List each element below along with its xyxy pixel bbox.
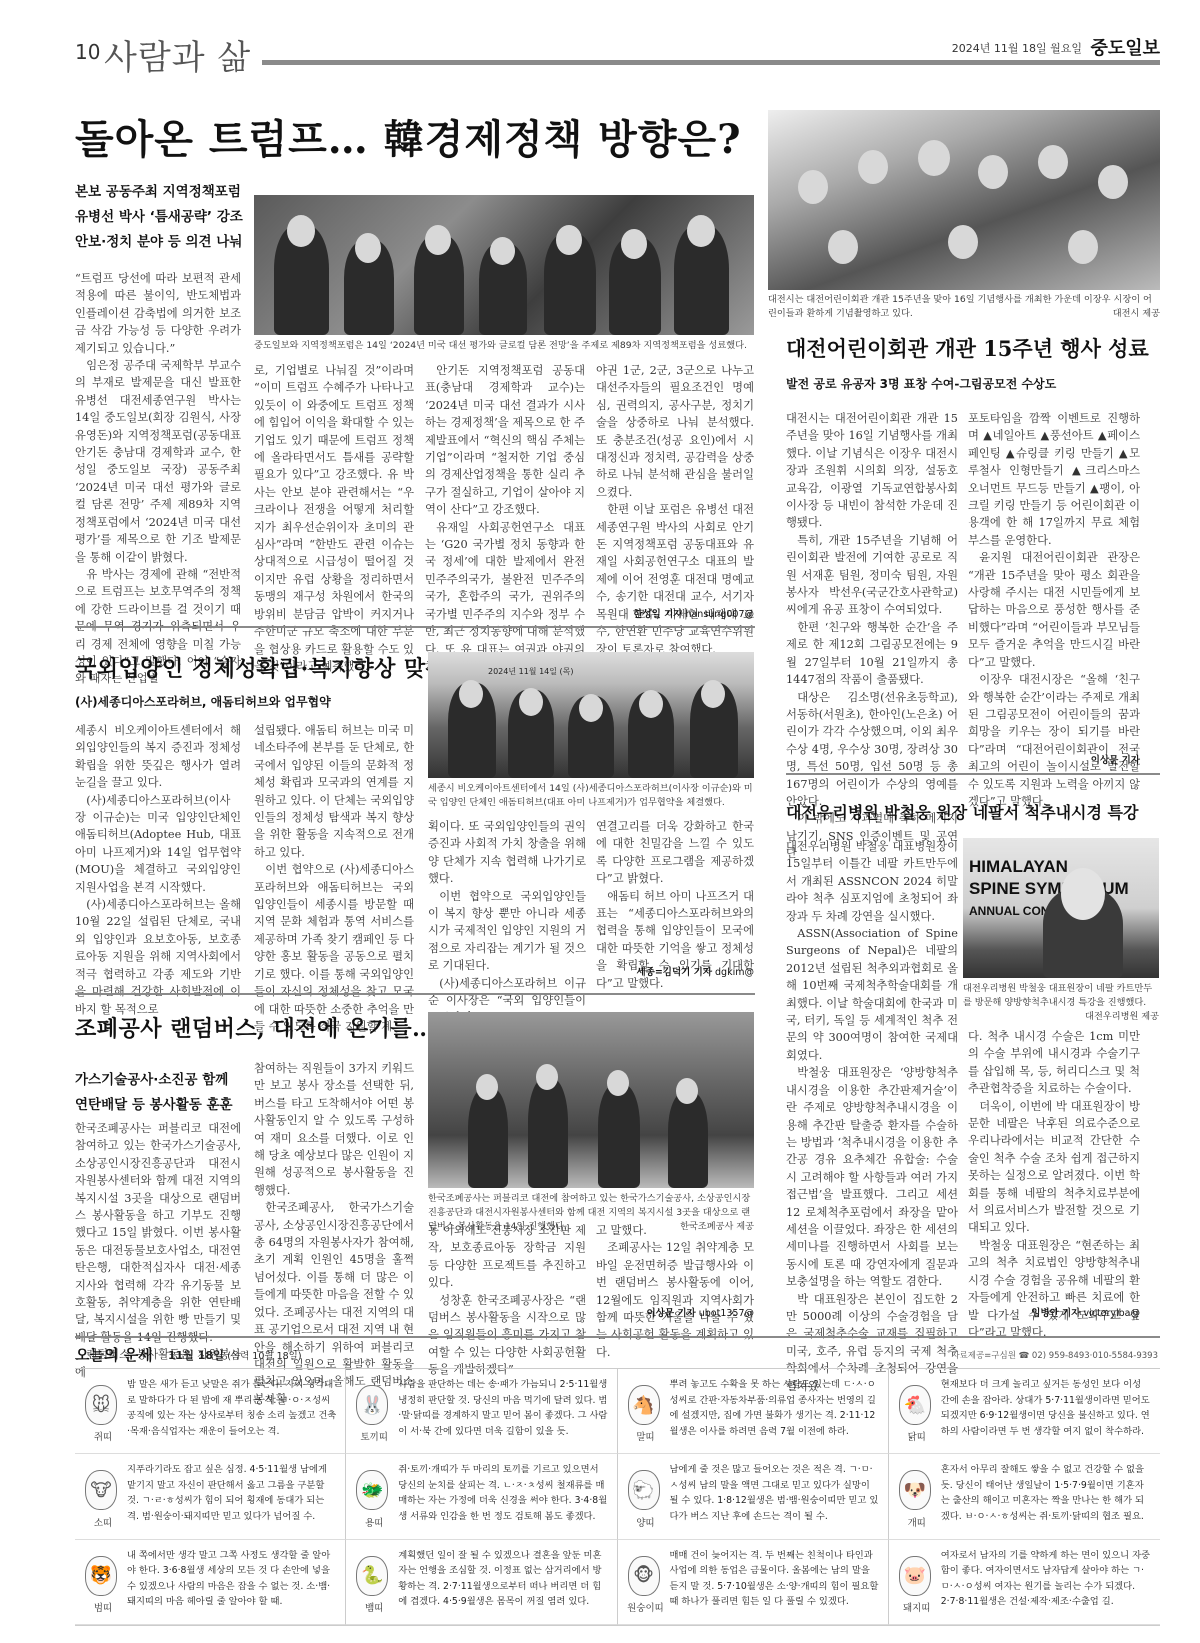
article1-subhead: 안보·정치 분야 등 의견 나눠 [75, 230, 245, 255]
dragon-icon: 🐲 [356, 1470, 388, 1510]
fortune-cell-monkey: 🐵원숭이띠매매 건이 늦어지는 격. 두 번째는 친척이나 타인과 사업에 의한… [618, 1540, 889, 1625]
fortune-divider [75, 1336, 1160, 1338]
sheep-icon: 🐑 [628, 1470, 660, 1510]
fortune-cell-rooster: 🐔닭띠현재보다 더 크게 놀리고 싶거든 동성인 보다 이성 간에 손을 잡아라… [889, 1369, 1160, 1454]
article2-photo-credit: 대전시 제공 [1113, 307, 1160, 321]
article1-photo-caption: 중도일보와 지역정책포럼은 14일 ‘2024년 미국 대선 평가와 글로컬 담… [254, 339, 754, 353]
article4-column-2: 다. 척추 내시경 수술은 1cm 미만의 수술 부위에 내시경과 수술기구를 … [968, 1028, 1140, 1341]
rooster-icon: 🐔 [899, 1385, 931, 1425]
article4-headline: 대전우리병원 박철웅 원장 네팔서 척추내시경 특강 [786, 800, 1138, 823]
article3-column-1: 세종시 비오케이아트센터에서 해외입양인들의 복지 증진과 정체성 확립을 위한… [75, 722, 241, 1018]
article5-headline: 조폐공사 랜덤버스, 대전에 온기를… [75, 1012, 435, 1043]
section-divider [75, 626, 755, 628]
fortune-cell-snake: 🐍뱀띠계획했던 일이 잘 될 수 있겠으나 결혼을 앞둔 미혼자는 언행을 조심… [346, 1540, 617, 1625]
fortune-cell-rat: 🐭쥐띠밤 말은 새가 듣고 낮말은 쥐가 듣는다. 자기 생각대로 말하다가 다… [75, 1369, 346, 1454]
fortune-date: 11월 18일 (음력 10월 18일) [168, 1347, 302, 1363]
issue-date: 2024년 11월 18일 월요일 [952, 40, 1082, 56]
article3-byline: 세종=김덕기 기자 dgkim@ [596, 964, 754, 978]
section-divider [786, 773, 1160, 775]
article4-byline: 임병안 기자 victorylba@ [968, 1305, 1140, 1319]
article5-column-4: 고 말했다. 조폐공사는 12일 취약계층 모바일 운전면허증 발급행사와 이번… [596, 1222, 754, 1361]
article4-photo: HIMALAYAN SPINE SYMPOSIUM ANNUAL CONFERE… [963, 838, 1159, 978]
article1-column-3: 안기돈 지역정책포럼 공동대표(충남대 경제학과 교수)는 ‘2024년 미국 … [425, 362, 585, 675]
fortune-cell-pig: 🐷돼지띠여자로서 남자의 기를 약하게 하는 면이 있으니 자중함이 좋다. 여… [889, 1540, 1160, 1625]
article1-headline: 돌아온 트럼프… 韓경제정책 방향은? [75, 108, 742, 165]
article5-subheads: 가스기술공사·소진공 함께 연탄배달 등 봉사활동 훈훈 [75, 1068, 245, 1118]
article1-byline: 한성일 기자 hansung007@ [596, 606, 754, 620]
article4-photo-credit: 대전우리병원 제공 [1085, 1010, 1159, 1024]
pig-icon: 🐷 [899, 1556, 931, 1596]
article5-column-3: 동 이외에도 전통시장 소간판 제작, 보호종료아동 장학금 지원 등 다양한 … [428, 1222, 586, 1379]
fortune-cell-rabbit: 🐰토끼띠사람을 판단하는 데는 송·패가 가늠되니 2·5·11월생 냉정히 판… [346, 1369, 617, 1454]
article5-column-1: 한국조폐공사는 퍼블리코 대전에 참여하고 있는 한국가스기술공사, 소상공인시… [75, 1120, 241, 1381]
masthead-rule [262, 60, 1160, 65]
fortune-cell-tiger: 🐯범띠내 쪽에서만 생각 말고 그쪽 사정도 생각할 줄 알아야 한다. 3·6… [75, 1540, 346, 1625]
article2-byline: 이상문 기자 [968, 752, 1140, 766]
monkey-icon: 🐵 [628, 1556, 660, 1596]
article3-headline: 국외입양인 정체성확립·복지향상 맞손 [75, 652, 448, 683]
article3-photo-caption: 세종시 비오케이아트센터에서 14일 (사)세종디아스포라허브(이사장 이규순)… [428, 782, 754, 810]
page-number: 10 [75, 40, 100, 64]
newspaper-brand: 중도일보 [1090, 34, 1160, 60]
article1-subhead: 본보 공동주최 지역정책포럼 [75, 180, 245, 205]
article1-subheads: 본보 공동주최 지역정책포럼 유병선 박사 ‘틈새공략’ 강조 안보·정치 분야… [75, 180, 245, 255]
rabbit-icon: 🐰 [356, 1385, 388, 1425]
article2-column-2: 포토타임을 깜짝 이벤트로 진행하며 ▲네일아트 ▲풍선아트 ▲페이스페인팅 ▲… [968, 410, 1140, 810]
article3-column-3: 획이다. 또 국외입양인들의 권익 증진과 사회적 가치 창출을 위해 양 단체… [428, 818, 586, 1027]
section-title: 사람과 삶 [104, 30, 251, 79]
snake-icon: 🐍 [356, 1556, 388, 1596]
fortune-source: 자료제공=구심원 ☎ 02) 959-8493·010-5584-9393 [951, 1349, 1158, 1361]
article2-column-1: 대전시는 대전어린이회관 개관 15주년을 맞아 16일 기념행사를 개최했다.… [786, 410, 958, 863]
article2-subhead: 발전 공로 유공자 3명 표창 수여-그림공모전 수상도 [786, 372, 1056, 397]
article5-byline: 이상문 기자 ubot1357@ [596, 1305, 754, 1319]
article1-column-2: 로, 기업별로 나눠질 것”이라며 “이미 트럼프 수혜주가 나타나고 있듯이 … [254, 362, 414, 675]
photo-banner-date: 2024년 11월 14일 (목) [488, 666, 574, 677]
dog-icon: 🐶 [899, 1470, 931, 1510]
article1-photo [254, 195, 754, 335]
fortune-cell-ox: 🐮소띠지푸라기라도 잡고 싶은 심정. 4·5·11월생 남에게 맡기지 말고 … [75, 1454, 346, 1539]
article1-subhead: 유병선 박사 ‘틈새공략’ 강조 [75, 205, 245, 230]
article2-photo-caption: 대전시는 대전어린이회관 개관 15주년을 맞아 16일 기념행사를 개최한 가… [768, 293, 1160, 321]
article3-photo: 2024년 11월 14일 (목) [428, 652, 754, 778]
fortune-cell-dragon: 🐲용띠쥐·토끼·개띠가 두 마리의 토끼를 기르고 있으면서 당신의 눈치를 살… [346, 1454, 617, 1539]
fortune-title: 오늘의 운세 [75, 1344, 153, 1365]
fortune-grid: 🐭쥐띠밤 말은 새가 듣고 낮말은 쥐가 듣는다. 자기 생각대로 말하다가 다… [75, 1368, 1160, 1626]
article2-headline: 대전어린이회관 개관 15주년 행사 성료 [786, 333, 1149, 363]
ox-icon: 🐮 [85, 1470, 117, 1510]
fortune-cell-sheep: 🐑양띠남에게 줄 것은 많고 들어오는 것은 적은 격. ㄱ·ㅁ·ㅅ성씨 남의 … [618, 1454, 889, 1539]
section-divider [75, 993, 755, 995]
tiger-icon: 🐯 [85, 1556, 117, 1596]
article3-subhead: (사)세종디아스포라허브, 애돔티허브와 업무협약 [75, 690, 331, 715]
article4-photo-caption: 대전우리병원 박철웅 대표원장이 네팔 카트만두를 방문해 양방향척추내시경 특… [963, 982, 1159, 1024]
article4-column-1: 대전우리병원 박철웅 대표병원장이 15일부터 이틀간 네팔 카트만두에서 개최… [786, 838, 958, 1395]
fortune-cell-horse: 🐴말띠뿌려 놓고도 수확을 못 하는 사람도 있는데 ㄷ·ㅅ·ㅇ성씨로 간판·자… [618, 1369, 889, 1454]
rat-icon: 🐭 [85, 1385, 117, 1425]
horse-icon: 🐴 [628, 1385, 660, 1425]
article2-photo [768, 110, 1160, 290]
fortune-cell-dog: 🐶개띠혼자서 아무리 잘해도 쌓을 수 없고 건강할 수 없을 듯. 당신이 태… [889, 1454, 1160, 1539]
article3-column-2: 설립됐다. 애돔티 허브는 미국 미네소타주에 본부를 둔 단체로, 한국에서 … [254, 722, 414, 1035]
article5-photo [428, 1012, 754, 1188]
